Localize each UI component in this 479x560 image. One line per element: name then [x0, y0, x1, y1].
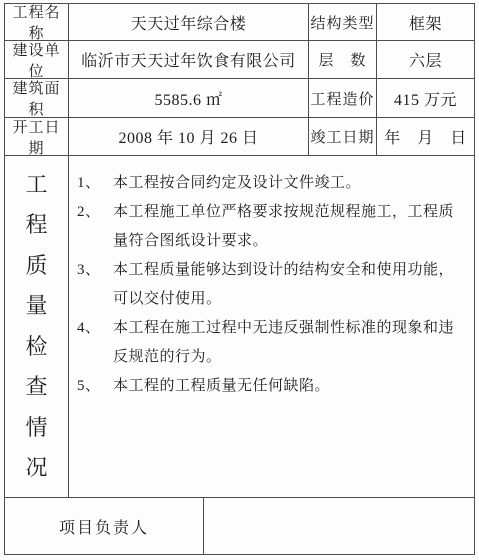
- field-label-building-area: 建筑面积: [5, 79, 69, 118]
- inspection-items-list: 1、 本工程按合同约定及设计文件竣工。 2、 本工程施工单位严格要求按规范规程施…: [69, 156, 474, 497]
- footer-row: 项目负责人: [5, 498, 474, 555]
- inspection-item: 3、 本工程质量能够达到设计的结构安全和使用功能，可以交付使用。: [75, 256, 464, 314]
- inspection-section: 工程质量检查情况 1、 本工程按合同约定及设计文件竣工。 2、 本工程施工单位严…: [5, 156, 474, 498]
- field-value-floor-count: 六层: [377, 41, 474, 79]
- inspection-title-vertical: 工程质量检查情况: [25, 165, 49, 489]
- inspection-item: 2、 本工程施工单位严格要求按规范规程施工，工程质量符合图纸设计要求。: [75, 198, 464, 256]
- inspection-item: 1、 本工程按合同约定及设计文件竣工。: [75, 169, 464, 198]
- field-value-start-date: 2008 年 10 月 26 日: [69, 118, 309, 156]
- item-text: 本工程质量能够达到设计的结构安全和使用功能，可以交付使用。: [113, 256, 464, 314]
- field-value-building-area: 5585.6 ㎡: [69, 79, 309, 118]
- field-value-structure-type: 框架: [377, 4, 474, 41]
- inspection-title-cell: 工程质量检查情况: [5, 156, 69, 497]
- item-text: 本工程在施工过程中无违反强制性标准的现象和违反规范的行为。: [113, 314, 464, 372]
- field-label-floor-count: 层 数: [309, 41, 377, 79]
- project-manager-signature-area: [204, 498, 474, 555]
- inspection-item: 5、 本工程的工程质量无任何缺陷。: [75, 372, 464, 401]
- item-number: 5、: [75, 372, 113, 401]
- item-number: 1、: [75, 169, 113, 198]
- item-text: 本工程按合同约定及设计文件竣工。: [113, 169, 464, 198]
- item-number: 4、: [75, 314, 113, 372]
- item-number: 2、: [75, 198, 113, 256]
- item-text: 本工程的工程质量无任何缺陷。: [113, 372, 464, 401]
- field-label-project-cost: 工程造价: [309, 79, 377, 118]
- project-manager-label: 项目负责人: [5, 498, 204, 555]
- field-value-completion-date: 年 月 日: [377, 118, 474, 156]
- inspection-item: 4、 本工程在施工过程中无违反强制性标准的现象和违反规范的行为。: [75, 314, 464, 372]
- field-label-structure-type: 结构类型: [309, 4, 377, 41]
- project-info-grid: 工程名称 天天过年综合楼 结构类型 框架 建设单位 临沂市天天过年饮食有限公司 …: [5, 4, 474, 156]
- item-number: 3、: [75, 256, 113, 314]
- field-label-completion-date: 竣工日期: [309, 118, 377, 156]
- field-label-construction-unit: 建设单位: [5, 41, 69, 79]
- field-value-project-name: 天天过年综合楼: [69, 4, 309, 41]
- quality-inspection-form-page: 工程名称 天天过年综合楼 结构类型 框架 建设单位 临沂市天天过年饮食有限公司 …: [0, 0, 479, 560]
- field-value-project-cost: 415 万元: [377, 79, 474, 118]
- item-text: 本工程施工单位严格要求按规范规程施工，工程质量符合图纸设计要求。: [113, 198, 464, 256]
- project-form-table: 工程名称 天天过年综合楼 结构类型 框架 建设单位 临沂市天天过年饮食有限公司 …: [4, 3, 475, 555]
- field-label-start-date: 开工日期: [5, 118, 69, 156]
- field-label-project-name: 工程名称: [5, 4, 69, 41]
- field-value-construction-unit: 临沂市天天过年饮食有限公司: [69, 41, 309, 79]
